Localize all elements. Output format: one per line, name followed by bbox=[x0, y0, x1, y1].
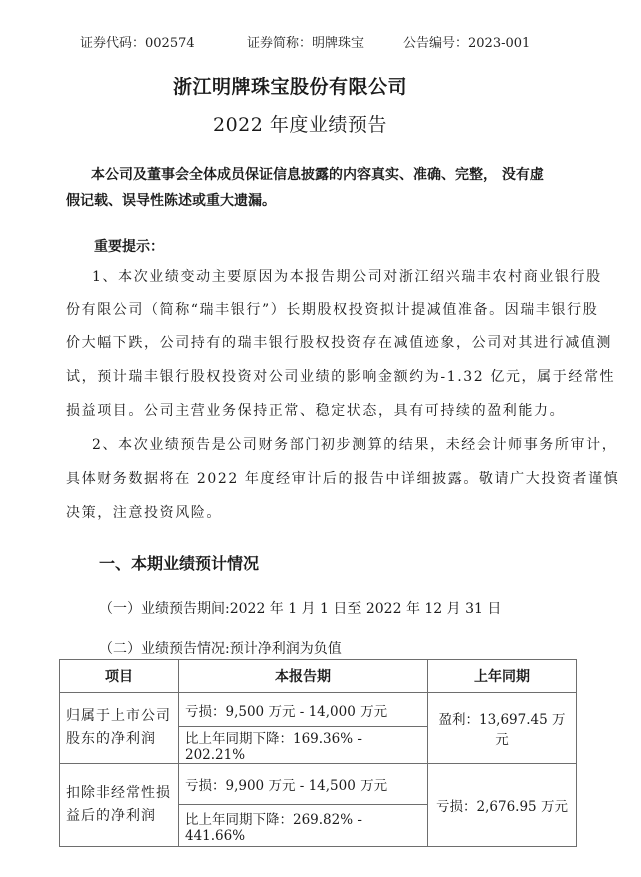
header-current-period: 本报告期 bbox=[179, 660, 428, 693]
row-item-label: 归属于上市公司 股东的净利润 bbox=[60, 693, 179, 764]
item-line: 扣除非经常性损 bbox=[66, 782, 172, 805]
header-previous-period: 上年同期 bbox=[428, 660, 577, 693]
current-change: 比上年同期下降：269.82% - 441.66% bbox=[179, 805, 428, 847]
announcement-number: 公告编号：2023-001 bbox=[403, 32, 530, 51]
previous-value: 盈利：13,697.45 万元 bbox=[428, 693, 577, 764]
previous-value: 亏损：2,676.95 万元 bbox=[428, 764, 577, 847]
header-item: 项目 bbox=[60, 660, 179, 693]
statement-line-1: 本公司及董事会全体成员保证信息披露的内容真实、准确、完整， 没有虚 bbox=[91, 164, 544, 184]
note1-line-5: 损益项目。公司主营业务保持正常、稳定状态，具有可持续的盈利能力。 bbox=[66, 400, 565, 420]
note1-line-2: 份有限公司（简称“瑞丰银行”）长期股权投资拟计提减值准备。因瑞丰银行股 bbox=[66, 299, 598, 319]
note2-line-3: 决策，注意投资风险。 bbox=[66, 502, 222, 522]
current-amount: 亏损：9,500 万元 - 14,000 万元 bbox=[179, 693, 428, 727]
note1-line-4: 试，预计瑞丰银行股权投资对公司业绩的影响金额约为-1.32 亿元，属于经常性 bbox=[66, 366, 615, 386]
table-header-row: 项目 本报告期 上年同期 bbox=[60, 660, 577, 693]
document-title: 2022 年度业绩预告 bbox=[213, 110, 387, 137]
note1-line-1: 1、本次业绩变动主要原因为本报告期公司对浙江绍兴瑞丰农村商业银行股 bbox=[92, 266, 602, 286]
item-line: 益后的净利润 bbox=[66, 805, 172, 828]
item-line: 股东的净利润 bbox=[66, 728, 172, 751]
stock-name: 证券简称：明牌珠宝 bbox=[247, 32, 364, 51]
current-change: 比上年同期下降：169.36% - 202.21% bbox=[179, 727, 428, 764]
statement-line-2: 假记载、误导性陈述或重大遗漏。 bbox=[66, 190, 276, 210]
table-row: 归属于上市公司 股东的净利润 亏损：9,500 万元 - 14,000 万元 盈… bbox=[60, 693, 577, 727]
current-amount: 亏损：9,900 万元 - 14,500 万元 bbox=[179, 764, 428, 805]
important-heading: 重要提示： bbox=[94, 236, 164, 256]
forecast-period: （一）业绩预告期间:2022 年 1 月 1 日至 2022 年 12 月 31… bbox=[99, 598, 501, 618]
row-item-label: 扣除非经常性损 益后的净利润 bbox=[60, 764, 179, 847]
table-row: 扣除非经常性损 益后的净利润 亏损：9,900 万元 - 14,500 万元 亏… bbox=[60, 764, 577, 805]
stock-code: 证券代码：002574 bbox=[80, 32, 195, 51]
section-heading: 一、本期业绩预计情况 bbox=[99, 551, 259, 574]
note2-line-1: 2、本次业绩预告是公司财务部门初步测算的结果，未经会计师事务所审计， bbox=[92, 434, 617, 454]
item-line: 归属于上市公司 bbox=[66, 705, 172, 728]
forecast-type: （二）业绩预告情况:预计净利润为负值 bbox=[99, 638, 342, 658]
note2-line-2: 具体财务数据将在 2022 年度经审计后的报告中详细披露。敬请广大投资者谨慎 bbox=[66, 468, 619, 488]
results-table: 项目 本报告期 上年同期 归属于上市公司 股东的净利润 亏损：9,500 万元 … bbox=[59, 659, 577, 847]
note1-line-3: 价大幅下跌，公司持有的瑞丰银行股权投资存在减值迹象，公司对其进行减值测 bbox=[66, 332, 612, 352]
company-name: 浙江明牌珠宝股份有限公司 bbox=[173, 72, 407, 99]
